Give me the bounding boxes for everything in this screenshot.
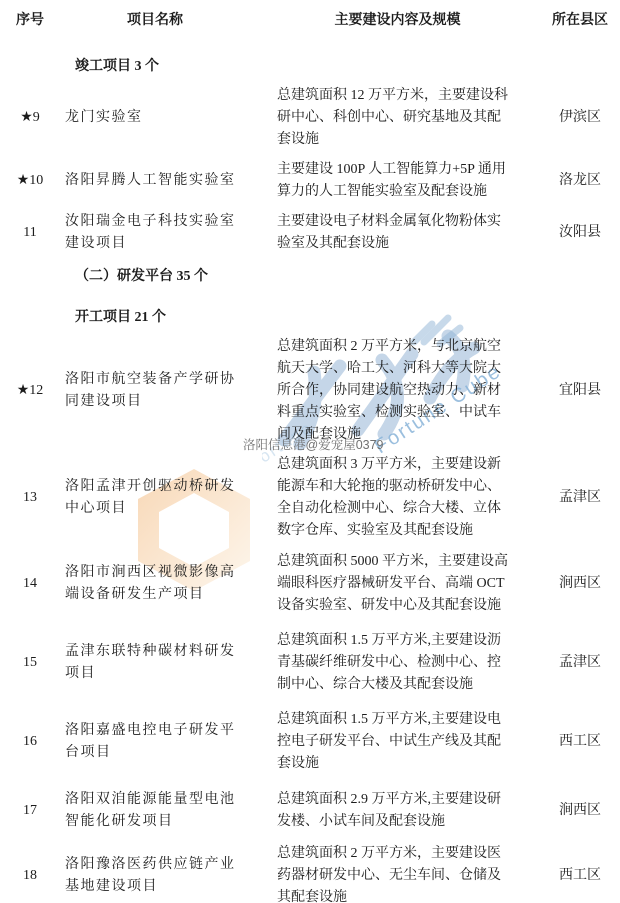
project-content: 总建筑面积 2.9 万平方米,主要建设研 发楼、小试车间及配套设施 <box>258 789 537 833</box>
project-district: 汝阳县 <box>537 222 620 244</box>
row-number: 11 <box>8 222 52 244</box>
project-content: 总建筑面积 2 万平方米，与北京航空 航天大学、哈工大、河科大等大院大 所合作，… <box>258 336 537 446</box>
table-row: 17 洛阳双洎能源能量型电池 智能化研发项目 总建筑面积 2.9 万平方米,主要… <box>0 789 620 833</box>
table-row: ★12 洛阳市航空装备产学研协 同建设项目 总建筑面积 2 万平方米，与北京航空… <box>0 336 620 446</box>
section-heading-row: （二）研发平台 35 个 <box>0 266 620 288</box>
table-row: ★10 洛阳昇腾人工智能实验室 主要建设 100P 人工智能算力+5P 通用 算… <box>0 159 620 203</box>
project-content: 总建筑面积 1.5 万平方米,主要建设沥 青基碳纤维研发中心、检测中心、控 制中… <box>258 630 537 696</box>
row-number: 15 <box>8 652 52 674</box>
table-row: 14 洛阳市涧西区视微影像高 端设备研发生产项目 总建筑面积 5000 平方米，… <box>0 551 620 617</box>
row-number: 18 <box>8 865 52 887</box>
project-name: 洛阳市航空装备产学研协 同建设项目 <box>52 369 258 413</box>
project-content: 主要建设电子材料金属氧化物粉体实 验室及其配套设施 <box>258 211 537 255</box>
row-number: ★10 <box>8 170 52 192</box>
column-header-district: 所在县区 <box>537 8 620 30</box>
project-name: 洛阳市涧西区视微影像高 端设备研发生产项目 <box>52 562 258 606</box>
row-number: ★9 <box>8 107 52 129</box>
project-content: 总建筑面积 2 万平方米，主要建设医 药器材研发中心、无尘车间、仓储及 其配套设… <box>258 843 537 903</box>
project-district: 涧西区 <box>537 573 620 595</box>
project-content: 总建筑面积 12 万平方米，主要建设科 研中心、科创中心、研究基地及其配 套设施 <box>258 85 537 151</box>
project-content: 总建筑面积 5000 平方米，主要建设高 端眼科医疗器械研发平台、高端 OCT … <box>258 551 537 617</box>
table-header: 序号 项目名称 主要建设内容及规模 所在县区 <box>0 0 620 30</box>
table-row: 11 汝阳瑞金电子科技实验室 建设项目 主要建设电子材料金属氧化物粉体实 验室及… <box>0 211 620 255</box>
row-number: 16 <box>8 731 52 753</box>
section-heading: 竣工项目 3 个 <box>75 59 159 74</box>
table-row: 13 洛阳孟津开创驱动桥研发 中心项目 总建筑面积 3 万平方米，主要建设新 能… <box>0 454 620 542</box>
row-number: 17 <box>8 800 52 822</box>
project-district: 孟津区 <box>537 652 620 674</box>
project-name: 龙门实验室 <box>52 107 258 129</box>
section-heading: 开工项目 21 个 <box>75 310 166 325</box>
project-name: 孟津东联特种碳材料研发 项目 <box>52 641 258 685</box>
section-heading: （二）研发平台 35 个 <box>75 269 208 284</box>
table-row: 15 孟津东联特种碳材料研发 项目 总建筑面积 1.5 万平方米,主要建设沥 青… <box>0 630 620 696</box>
project-name: 洛阳豫洛医药供应链产业 基地建设项目 <box>52 854 258 898</box>
column-header-number: 序号 <box>8 8 52 30</box>
project-name: 洛阳昇腾人工智能实验室 <box>52 170 258 192</box>
column-header-content: 主要建设内容及规模 <box>258 8 537 30</box>
project-district: 孟津区 <box>537 487 620 509</box>
project-district: 宜阳县 <box>537 380 620 402</box>
section-heading-row: 竣工项目 3 个 <box>0 56 620 78</box>
row-number: 13 <box>8 487 52 509</box>
column-header-name: 项目名称 <box>52 8 258 30</box>
project-content: 总建筑面积 3 万平方米，主要建设新 能源车和大轮拖的驱动桥研发中心、 全自动化… <box>258 454 537 542</box>
row-number: 14 <box>8 573 52 595</box>
project-content: 主要建设 100P 人工智能算力+5P 通用 算力的人工智能实验室及配套设施 <box>258 159 537 203</box>
document-page: Fortune Cube Care Fortune 洛阳信息港@爱宠屋0379 … <box>0 0 620 903</box>
project-name: 汝阳瑞金电子科技实验室 建设项目 <box>52 211 258 255</box>
row-number: ★12 <box>8 380 52 402</box>
project-name: 洛阳嘉盛电控电子研发平 台项目 <box>52 720 258 764</box>
project-name: 洛阳孟津开创驱动桥研发 中心项目 <box>52 476 258 520</box>
table-row: 18 洛阳豫洛医药供应链产业 基地建设项目 总建筑面积 2 万平方米，主要建设医… <box>0 843 620 903</box>
table-row: ★9 龙门实验室 总建筑面积 12 万平方米，主要建设科 研中心、科创中心、研究… <box>0 85 620 151</box>
section-heading-row: 开工项目 21 个 <box>0 307 620 329</box>
project-district: 西工区 <box>537 731 620 753</box>
project-district: 伊滨区 <box>537 107 620 129</box>
project-name: 洛阳双洎能源能量型电池 智能化研发项目 <box>52 789 258 833</box>
project-district: 洛龙区 <box>537 170 620 192</box>
project-district: 西工区 <box>537 865 620 887</box>
table-body: 竣工项目 3 个 ★9 龙门实验室 总建筑面积 12 万平方米，主要建设科 研中… <box>0 56 620 903</box>
project-content: 总建筑面积 1.5 万平方米,主要建设电 控电子研发平台、中试生产线及其配 套设… <box>258 709 537 775</box>
table-row: 16 洛阳嘉盛电控电子研发平 台项目 总建筑面积 1.5 万平方米,主要建设电 … <box>0 709 620 775</box>
project-district: 涧西区 <box>537 800 620 822</box>
